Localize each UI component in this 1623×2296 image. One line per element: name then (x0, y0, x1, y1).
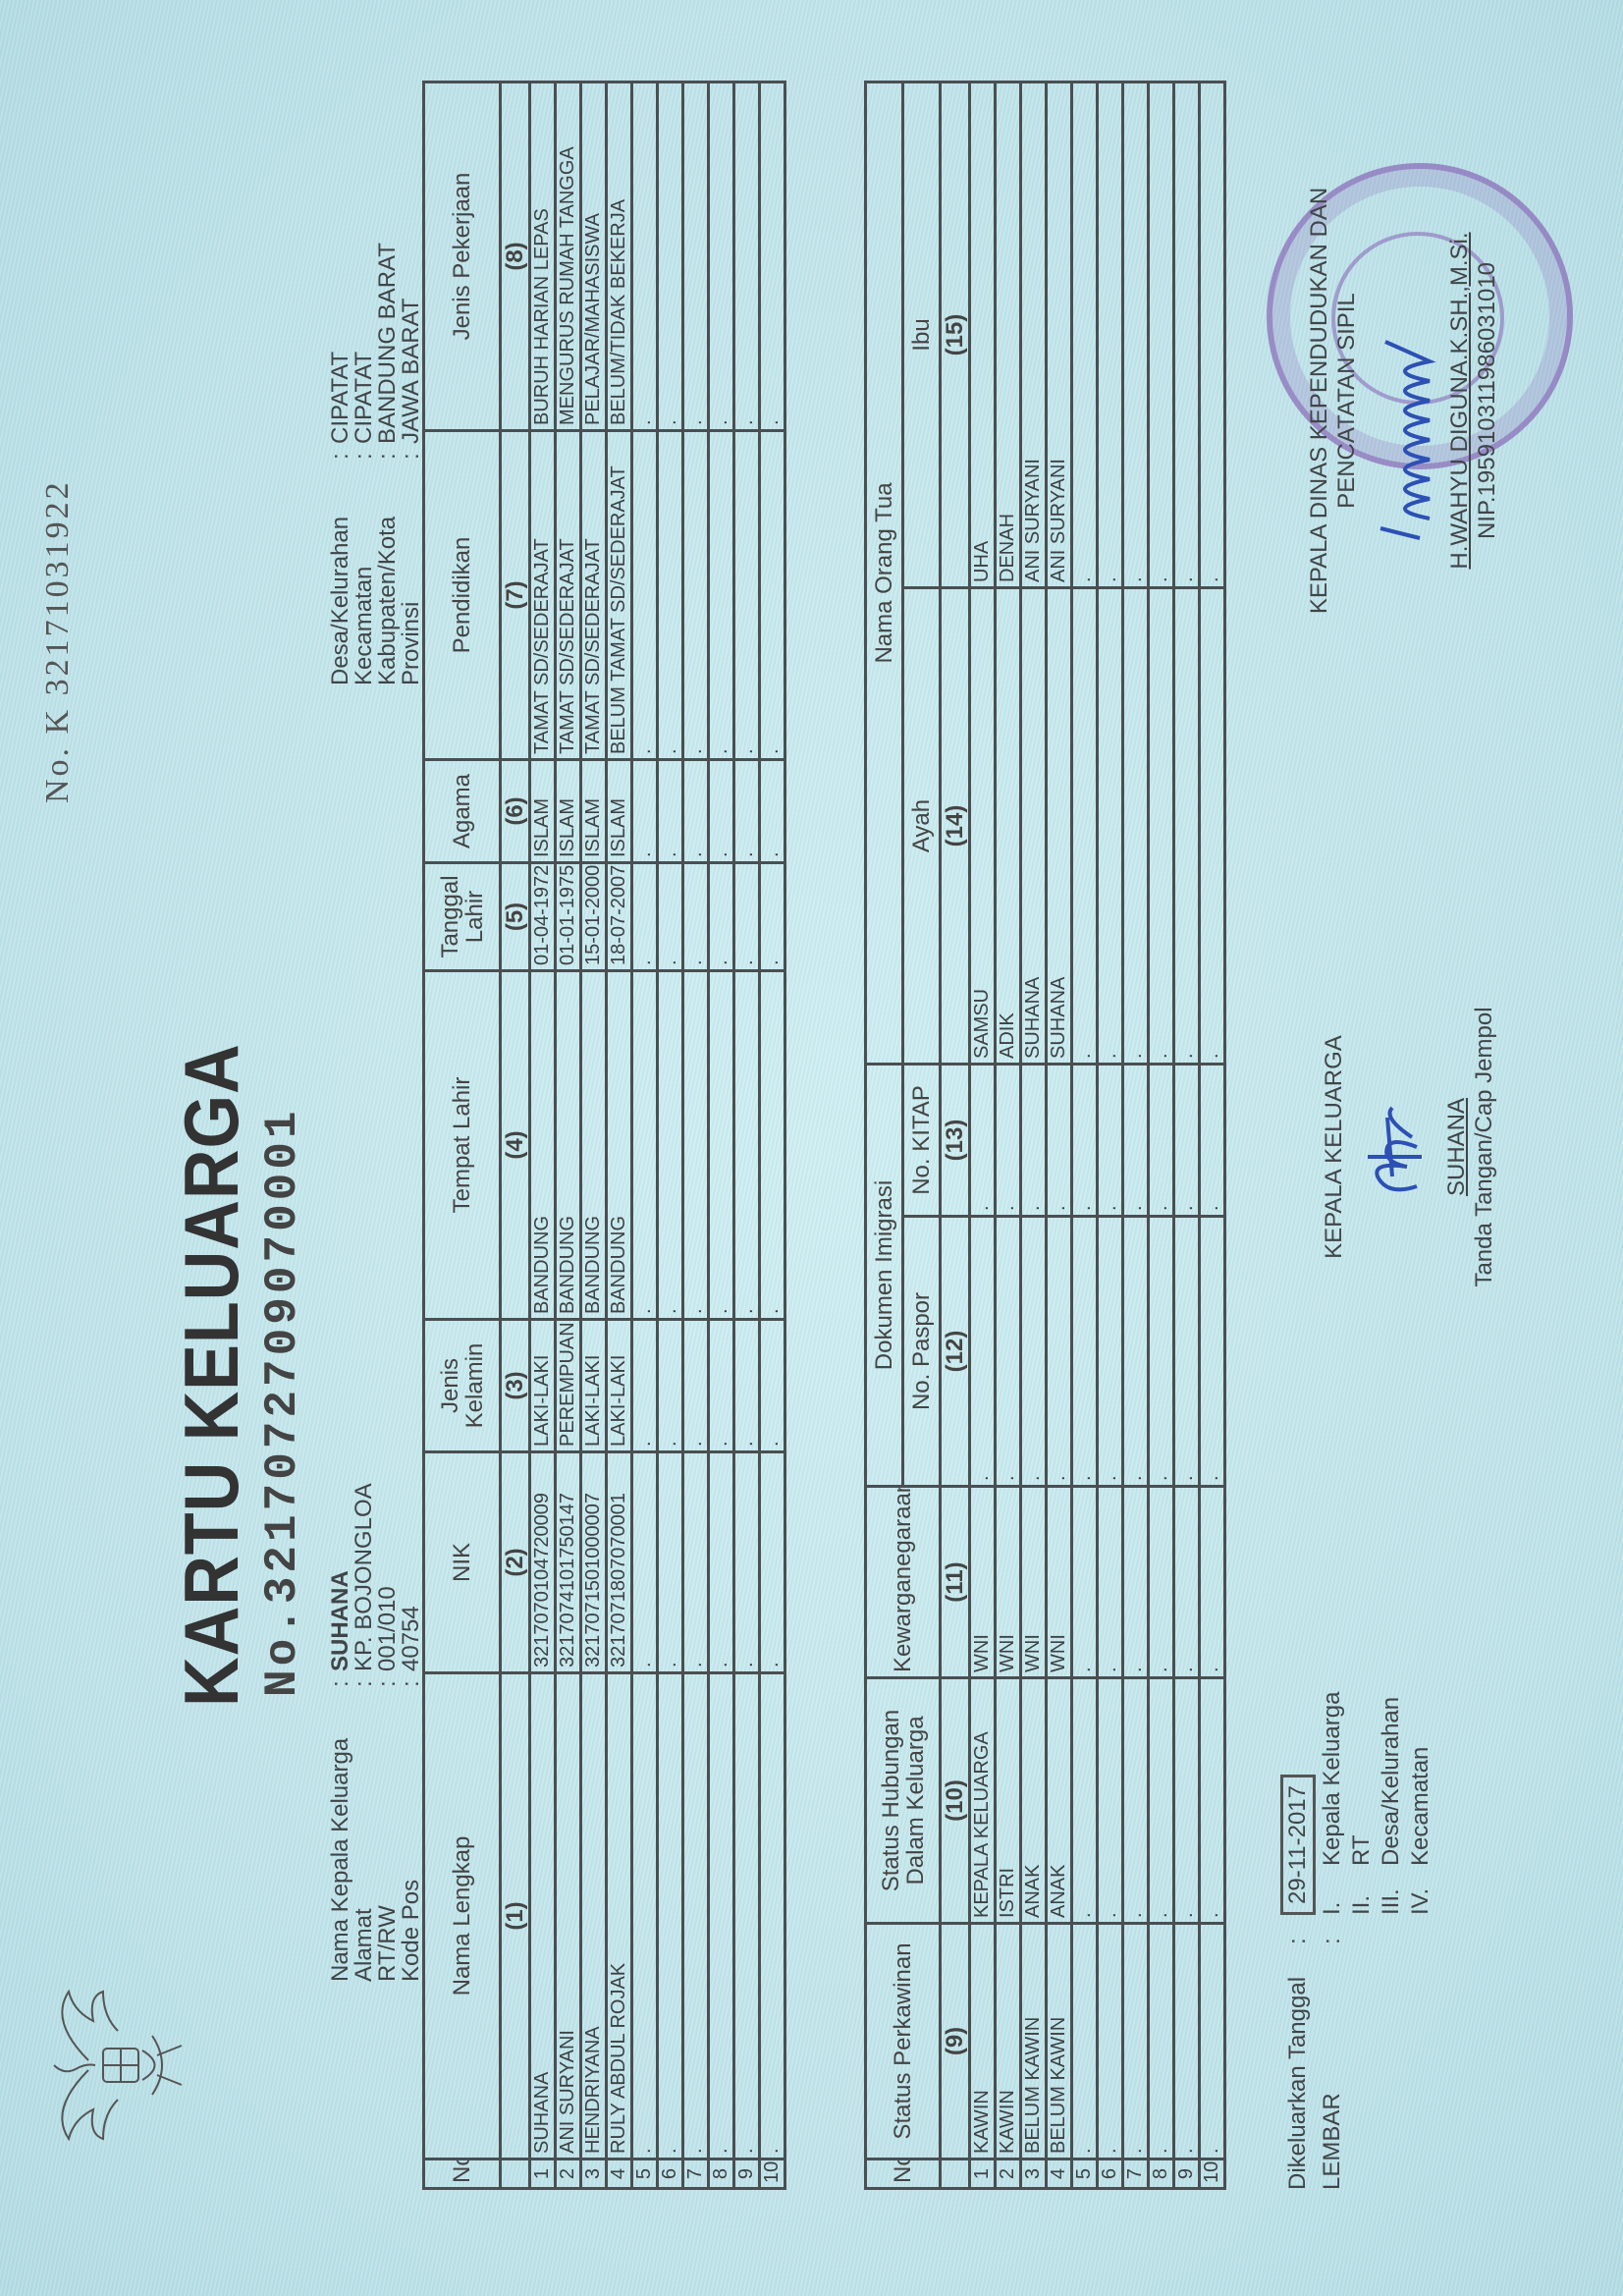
info-colon: : (329, 1671, 352, 1687)
lembar-item: Kecamatan (1407, 1747, 1436, 1866)
table-cell: . (1098, 1487, 1123, 1678)
official-title-line1: KEPALA DINAS KEPENDUDUKAN DAN (1306, 126, 1333, 676)
table-cell: . (658, 1673, 683, 2159)
table-cell: . (658, 1320, 683, 1452)
table-cell: ISLAM (607, 760, 632, 863)
table-cell: TAMAT SD/SEDERAJAT (530, 431, 556, 760)
info-row-desa: Desa/Kelurahan:CIPATAT (329, 243, 352, 685)
header-perkawinan: Status Perkawinan (866, 1924, 941, 2159)
table-cell: SAMSU (970, 588, 996, 1065)
table-row: 5....... (1072, 82, 1098, 2189)
table-cell: . (1200, 1678, 1225, 1924)
status-colnum-cell: (13) (941, 1065, 970, 1217)
head-info-right: Desa/Kelurahan:CIPATAT Kecamatan:CIPATAT… (329, 243, 423, 685)
members-colnum-cell: (5) (501, 863, 530, 971)
header-dokumen-imigrasi: Dokumen Imigrasi (866, 1065, 903, 1487)
table-row: 1SUHANA3217070104720009LAKI-LAKIBANDUNG0… (530, 82, 556, 2189)
table-cell: . (1072, 1924, 1098, 2159)
table-cell: ANAK (1047, 1678, 1072, 1924)
table-cell: BELUM KAWIN (1021, 1924, 1047, 2159)
table-row: 7....... (1123, 82, 1149, 2189)
table-cell: ISLAM (530, 760, 556, 863)
info-label: Kabupaten/Kota (376, 460, 400, 685)
table-row: 10....... (1200, 82, 1225, 2189)
lembar-roman: II. (1348, 1866, 1378, 1915)
table-row: 8....... (1149, 82, 1174, 2189)
table-cell: 3217070104720009 (530, 1452, 556, 1673)
table-cell: . (1072, 588, 1098, 1065)
members-header-cell: Nama Lengkap (424, 1673, 501, 2159)
members-colnum-cell: (2) (501, 1452, 530, 1673)
members-body: 1SUHANA3217070104720009LAKI-LAKIBANDUNG0… (530, 82, 785, 2189)
table-cell: . (760, 760, 785, 863)
table-cell: WNI (996, 1487, 1021, 1678)
table-cell: . (734, 971, 760, 1320)
status-colnum-cell: (9) (941, 1924, 970, 2159)
table-cell: . (683, 1673, 709, 2159)
table-cell: . (1021, 1217, 1047, 1487)
table-cell: PEREMPUAN (556, 1320, 581, 1452)
table-cell: KEPALA KELUARGA (970, 1678, 996, 1924)
table-cell: BANDUNG (607, 971, 632, 1320)
info-row-kepala: Nama Kepala Keluarga:SUHANA (329, 1483, 352, 1982)
official-nip: NIP.195910311986031010 (1474, 126, 1501, 676)
table-cell: . (1123, 1924, 1149, 2159)
table-cell: . (683, 971, 709, 1320)
info-colon: : (329, 444, 352, 460)
table-cell: . (709, 431, 734, 760)
table-cell: HENDRIYANA (581, 1673, 607, 2159)
members-colnum-cell (501, 2159, 530, 2189)
table-cell: . (658, 760, 683, 863)
members-header-row: NoNama LengkapNIKJenis KelaminTempat Lah… (424, 82, 501, 2189)
table-cell: . (1098, 588, 1123, 1065)
table-cell: . (760, 82, 785, 431)
info-value: CIPATAT (352, 352, 376, 444)
header-kitap: No. KITAP (903, 1065, 941, 1217)
table-cell: . (1123, 1065, 1149, 1217)
info-row-alamat: Alamat:KP. BOJONGLOA (352, 1483, 376, 1982)
table-row: 7........ (683, 82, 709, 2189)
lembar-roman: III. (1378, 1866, 1407, 1915)
table-cell: . (658, 431, 683, 760)
members-colnum-cell: (7) (501, 431, 530, 760)
table-cell: . (1098, 1924, 1123, 2159)
table-cell: 15-01-2000 (581, 863, 607, 971)
table-cell: LAKI-LAKI (607, 1320, 632, 1452)
table-cell: . (1149, 1487, 1174, 1678)
table-cell: ANI SURYANI (1047, 82, 1072, 588)
family-card-document: No. K 32171031922 KARTU KELUARGA No.3217… (0, 0, 1623, 2296)
table-cell: . (658, 1452, 683, 1673)
status-colnum-cell: (14) (941, 588, 970, 1065)
table-cell: . (760, 431, 785, 760)
table-cell: . (1047, 1065, 1072, 1217)
table-cell: ISLAM (581, 760, 607, 863)
table-row: 6....... (1098, 82, 1123, 2189)
info-value: SUHANA (329, 1570, 352, 1671)
info-colon: : (352, 444, 376, 460)
table-row: 3HENDRIYANA3217071501000007LAKI-LAKIBAND… (581, 82, 607, 2189)
table-cell: . (1200, 1487, 1225, 1678)
table-cell: . (1123, 588, 1149, 1065)
table-row: 4BELUM KAWINANAKWNI..SUHANAANI SURYANI (1047, 82, 1072, 2189)
status-colnum-cell: (11) (941, 1487, 970, 1678)
info-label: RT/RW (376, 1687, 400, 1982)
table-cell: 3217074101750147 (556, 1452, 581, 1673)
table-cell: ISTRI (996, 1678, 1021, 1924)
head-signature-caption: Tanda Tangan/Cap Jempol (1471, 941, 1498, 1353)
table-cell: LAKI-LAKI (581, 1320, 607, 1452)
table-cell: . (632, 1452, 658, 1673)
table-cell: . (683, 82, 709, 431)
info-label: Kecamatan (352, 460, 376, 685)
table-row: 9....... (1174, 82, 1200, 2189)
table-row: 4RULY ABDUL ROJAK3217071807070001LAKI-LA… (607, 82, 632, 2189)
table-cell: . (683, 760, 709, 863)
members-header-cell: Pendidikan (424, 431, 501, 760)
table-cell: . (1072, 1487, 1098, 1678)
table-cell: 01-04-1972 (530, 863, 556, 971)
table-cell: . (1200, 82, 1225, 588)
table-cell: PELAJAR/MAHASISWA (581, 82, 607, 431)
official-signature-icon (1361, 244, 1439, 558)
members-table: NoNama LengkapNIKJenis KelaminTempat Lah… (422, 81, 786, 2190)
members-header-cell: Jenis Pekerjaan (424, 82, 501, 431)
head-signature-block: KEPALA KELUARGA SUHANA Tanda Tangan/Cap … (1321, 941, 1498, 1353)
table-cell: 8 (709, 2159, 734, 2189)
table-cell: . (1149, 1678, 1174, 1924)
table-row: 3BELUM KAWINANAKWNI..SUHANAANI SURYANI (1021, 82, 1047, 2189)
table-cell: 2 (996, 2159, 1021, 2189)
status-colnum-row: (9)(10)(11)(12)(13)(14)(15) (941, 82, 970, 2189)
table-cell: ANI SURYANI (1021, 82, 1047, 588)
table-cell: 10 (1200, 2159, 1225, 2189)
info-colon: : (352, 1671, 376, 1687)
table-cell: SUHANA (1047, 588, 1072, 1065)
members-colnum-cell: (6) (501, 760, 530, 863)
table-cell: . (709, 863, 734, 971)
table-cell: BELUM/TIDAK BEKERJA (607, 82, 632, 431)
lembar-item: Desa/Kelurahan (1378, 1697, 1407, 1866)
table-cell: . (734, 431, 760, 760)
table-cell: . (1123, 1487, 1149, 1678)
table-cell: BURUH HARIAN LEPAS (530, 82, 556, 431)
table-cell: WNI (1047, 1487, 1072, 1678)
table-cell: 3217071501000007 (581, 1452, 607, 1673)
table-cell: 5 (632, 2159, 658, 2189)
table-cell: 5 (1072, 2159, 1098, 2189)
head-signature-icon (1348, 1068, 1436, 1226)
status-colnum-cell: (12) (941, 1217, 970, 1487)
issued-date: 29-11-2017 (1280, 1775, 1316, 1915)
table-cell: . (658, 863, 683, 971)
info-row-kecamatan: Kecamatan:CIPATAT (352, 243, 376, 685)
table-row: 1KAWINKEPALA KELUARGAWNI..SAMSUUHA (970, 82, 996, 2189)
table-cell: . (970, 1217, 996, 1487)
table-cell: . (760, 1320, 785, 1452)
table-cell: 01-01-1975 (556, 863, 581, 971)
table-cell: . (970, 1065, 996, 1217)
table-cell: . (1200, 588, 1225, 1065)
official-name: H.WAHYU DIGUNA.K.SH.,M.Si. (1446, 126, 1474, 676)
table-cell: UHA (970, 82, 996, 588)
table-cell: 3 (581, 2159, 607, 2189)
members-colnum-cell: (1) (501, 1673, 530, 2159)
table-cell: WNI (970, 1487, 996, 1678)
table-cell: . (1021, 1065, 1047, 1217)
header-no: No. (866, 2159, 941, 2189)
info-row-provinsi: Provinsi:JAWA BARAT (400, 243, 423, 685)
table-row: 8........ (709, 82, 734, 2189)
table-cell: . (683, 1452, 709, 1673)
info-colon: : (400, 1671, 423, 1687)
issued-colon: : (1284, 1915, 1312, 1944)
table-cell: . (1047, 1217, 1072, 1487)
official-title-line2: PENCATATAN SIPIL (1333, 126, 1361, 676)
table-cell: KAWIN (996, 1924, 1021, 2159)
table-cell: . (632, 1320, 658, 1452)
members-header-cell: No (424, 2159, 501, 2189)
table-cell: . (709, 760, 734, 863)
lembar-label: LEMBAR (1319, 1944, 1436, 2190)
document-title: KARTU KELUARGA (167, 1043, 256, 1707)
lembar-item: Kepala Keluarga (1319, 1692, 1348, 1866)
table-cell: 2 (556, 2159, 581, 2189)
status-header-row-1: No. Status Perkawinan Status Hubungan Da… (866, 82, 903, 2189)
table-cell: . (658, 82, 683, 431)
table-cell: . (734, 82, 760, 431)
table-cell: ADIK (996, 588, 1021, 1065)
members-header-cell: NIK (424, 1452, 501, 1673)
info-row-kodepos: Kode Pos:40754 (400, 1483, 423, 1982)
info-value: KP. BOJONGLOA (352, 1483, 376, 1671)
table-cell: . (1174, 588, 1200, 1065)
members-header-cell: Agama (424, 760, 501, 863)
table-cell: . (760, 1673, 785, 2159)
table-cell: 6 (1098, 2159, 1123, 2189)
table-cell: . (709, 1452, 734, 1673)
header-nama-orang-tua: Nama Orang Tua (866, 82, 903, 1065)
table-cell: 8 (1149, 2159, 1174, 2189)
table-row: 2ANI SURYANI3217074101750147PEREMPUANBAN… (556, 82, 581, 2189)
table-cell: . (658, 971, 683, 1320)
info-colon: : (400, 444, 423, 460)
serial-number: No. K 32171031922 (39, 479, 77, 803)
table-cell: . (1200, 1217, 1225, 1487)
table-cell: 10 (760, 2159, 785, 2189)
table-cell: . (760, 863, 785, 971)
table-cell: BANDUNG (581, 971, 607, 1320)
table-cell: 4 (1047, 2159, 1072, 2189)
header-kewarganegaraan: Kewarganegaraan (866, 1487, 941, 1678)
table-cell: . (683, 431, 709, 760)
table-cell: . (734, 760, 760, 863)
table-cell: . (760, 971, 785, 1320)
head-signature-title: KEPALA KELUARGA (1321, 941, 1348, 1353)
table-cell: . (1098, 1065, 1123, 1217)
official-signature-block: KEPALA DINAS KEPENDUDUKAN DAN PENCATATAN… (1306, 126, 1501, 676)
members-colnum-row: (1)(2)(3)(4)(5)(6)(7)(8) (501, 82, 530, 2189)
lembar-roman: IV. (1407, 1866, 1436, 1915)
table-cell: . (632, 971, 658, 1320)
table-cell: . (996, 1217, 1021, 1487)
table-cell: . (632, 431, 658, 760)
table-cell: . (760, 1452, 785, 1673)
table-cell: . (1174, 1065, 1200, 1217)
header-ibu: Ibu (903, 82, 941, 588)
table-cell: 1 (530, 2159, 556, 2189)
table-cell: . (1200, 1924, 1225, 2159)
table-cell: BELUM KAWIN (1047, 1924, 1072, 2159)
info-colon: : (376, 1671, 400, 1687)
table-row: 6........ (658, 82, 683, 2189)
lembar-roman: I. (1319, 1866, 1348, 1915)
table-cell: RULY ABDUL ROJAK (607, 1673, 632, 2159)
table-cell: . (632, 82, 658, 431)
issued-date-block: Dikeluarkan Tanggal : 29-11-2017 LEMBAR … (1281, 1692, 1436, 2190)
table-cell: . (734, 1452, 760, 1673)
table-cell: 7 (1123, 2159, 1149, 2189)
table-cell: . (632, 863, 658, 971)
info-label: Provinsi (400, 460, 423, 685)
table-cell: TAMAT SD/SEDERAJAT (556, 431, 581, 760)
head-info-left: Nama Kepala Keluarga:SUHANA Alamat:KP. B… (329, 1483, 423, 1982)
table-cell: . (632, 1673, 658, 2159)
info-value: JAWA BARAT (400, 299, 423, 444)
table-cell: . (1149, 1065, 1174, 1217)
info-row-rtrw: RT/RW:001/010 (376, 1483, 400, 1982)
header-paspor: No. Paspor (903, 1217, 941, 1487)
table-cell: MENGURUS RUMAH TANGGA (556, 82, 581, 431)
table-cell: 6 (658, 2159, 683, 2189)
table-cell: . (734, 1673, 760, 2159)
members-header-cell: Tanggal Lahir (424, 863, 501, 971)
status-colnum-cell: (10) (941, 1678, 970, 1924)
table-cell: 18-07-2007 (607, 863, 632, 971)
table-cell: . (1149, 82, 1174, 588)
table-cell: 3217071807070001 (607, 1452, 632, 1673)
status-body: 1KAWINKEPALA KELUARGAWNI..SAMSUUHA2KAWIN… (970, 82, 1225, 2189)
table-cell: . (1174, 1924, 1200, 2159)
table-cell: . (1098, 1678, 1123, 1924)
table-cell: 1 (970, 2159, 996, 2189)
table-cell: . (1123, 1678, 1149, 1924)
table-cell: . (996, 1065, 1021, 1217)
table-cell: KAWIN (970, 1924, 996, 2159)
table-cell: . (1149, 588, 1174, 1065)
garuda-emblem-icon (34, 1982, 191, 2149)
table-cell: WNI (1021, 1487, 1047, 1678)
info-value: BANDUNG BARAT (376, 243, 400, 444)
table-cell: ANAK (1021, 1678, 1047, 1924)
info-value: 40754 (400, 1606, 423, 1671)
table-cell: 7 (683, 2159, 709, 2189)
status-colnum-cell: (15) (941, 82, 970, 588)
lembar-colon: : (1319, 1915, 1436, 1944)
table-cell: ISLAM (556, 760, 581, 863)
table-cell: . (1072, 1217, 1098, 1487)
table-cell: . (1174, 82, 1200, 588)
table-cell: . (1072, 1678, 1098, 1924)
table-cell: . (709, 1320, 734, 1452)
table-cell: . (709, 1673, 734, 2159)
table-cell: . (1098, 82, 1123, 588)
table-cell: SUHANA (1021, 588, 1047, 1065)
status-table: No. Status Perkawinan Status Hubungan Da… (864, 81, 1226, 2190)
table-cell: . (683, 863, 709, 971)
table-cell: . (1123, 1217, 1149, 1487)
members-colnum-cell: (4) (501, 971, 530, 1320)
table-cell: . (683, 1320, 709, 1452)
table-cell: . (734, 863, 760, 971)
table-cell: . (1072, 1065, 1098, 1217)
info-colon: : (376, 444, 400, 460)
table-cell: . (709, 971, 734, 1320)
kk-number: No.3217072709070001 (257, 1108, 308, 1698)
table-cell: TAMAT SD/SEDERAJAT (581, 431, 607, 760)
status-colnum-cell (941, 2159, 970, 2189)
info-label: Alamat (352, 1687, 376, 1982)
header-ayah: Ayah (903, 588, 941, 1065)
table-cell: 9 (734, 2159, 760, 2189)
lembar-list: I.Kepala Keluarga II.RT III.Desa/Kelurah… (1319, 1692, 1436, 1915)
table-cell: LAKI-LAKI (530, 1320, 556, 1452)
info-value: 001/010 (376, 1586, 400, 1671)
info-label: Desa/Kelurahan (329, 460, 352, 685)
table-cell: SUHANA (530, 1673, 556, 2159)
table-cell: . (1200, 1065, 1225, 1217)
table-cell: 9 (1174, 2159, 1200, 2189)
info-value: CIPATAT (329, 352, 352, 444)
table-cell: . (1098, 1217, 1123, 1487)
issued-label: Dikeluarkan Tanggal (1284, 1944, 1312, 2190)
table-cell: . (1072, 82, 1098, 588)
lembar-item: RT (1348, 1834, 1378, 1866)
head-signature-name: SUHANA (1443, 941, 1471, 1353)
members-header-cell: Jenis Kelamin (424, 1320, 501, 1452)
table-row: 2KAWINISTRIWNI..ADIKDENAH (996, 82, 1021, 2189)
table-cell: 3 (1021, 2159, 1047, 2189)
info-label: Nama Kepala Keluarga (329, 1687, 352, 1982)
members-colnum-cell: (3) (501, 1320, 530, 1452)
table-cell: . (1123, 82, 1149, 588)
table-cell: . (734, 1320, 760, 1452)
table-cell: DENAH (996, 82, 1021, 588)
table-cell: . (632, 760, 658, 863)
table-cell: 4 (607, 2159, 632, 2189)
table-row: 10........ (760, 82, 785, 2189)
table-cell: . (1174, 1487, 1200, 1678)
table-cell: BANDUNG (530, 971, 556, 1320)
info-label: Kode Pos (400, 1687, 423, 1982)
table-row: 9........ (734, 82, 760, 2189)
table-cell: . (709, 82, 734, 431)
table-cell: . (1174, 1678, 1200, 1924)
table-cell: BELUM TAMAT SD/SEDERAJAT (607, 431, 632, 760)
table-row: 5........ (632, 82, 658, 2189)
info-row-kabupaten: Kabupaten/Kota:BANDUNG BARAT (376, 243, 400, 685)
members-header-cell: Tempat Lahir (424, 971, 501, 1320)
table-cell: . (1149, 1924, 1174, 2159)
members-colnum-cell: (8) (501, 82, 530, 431)
header-hubungan: Status Hubungan Dalam Keluarga (866, 1678, 941, 1924)
table-cell: BANDUNG (556, 971, 581, 1320)
table-cell: . (1174, 1217, 1200, 1487)
table-cell: ANI SURYANI (556, 1673, 581, 2159)
table-cell: . (1149, 1217, 1174, 1487)
